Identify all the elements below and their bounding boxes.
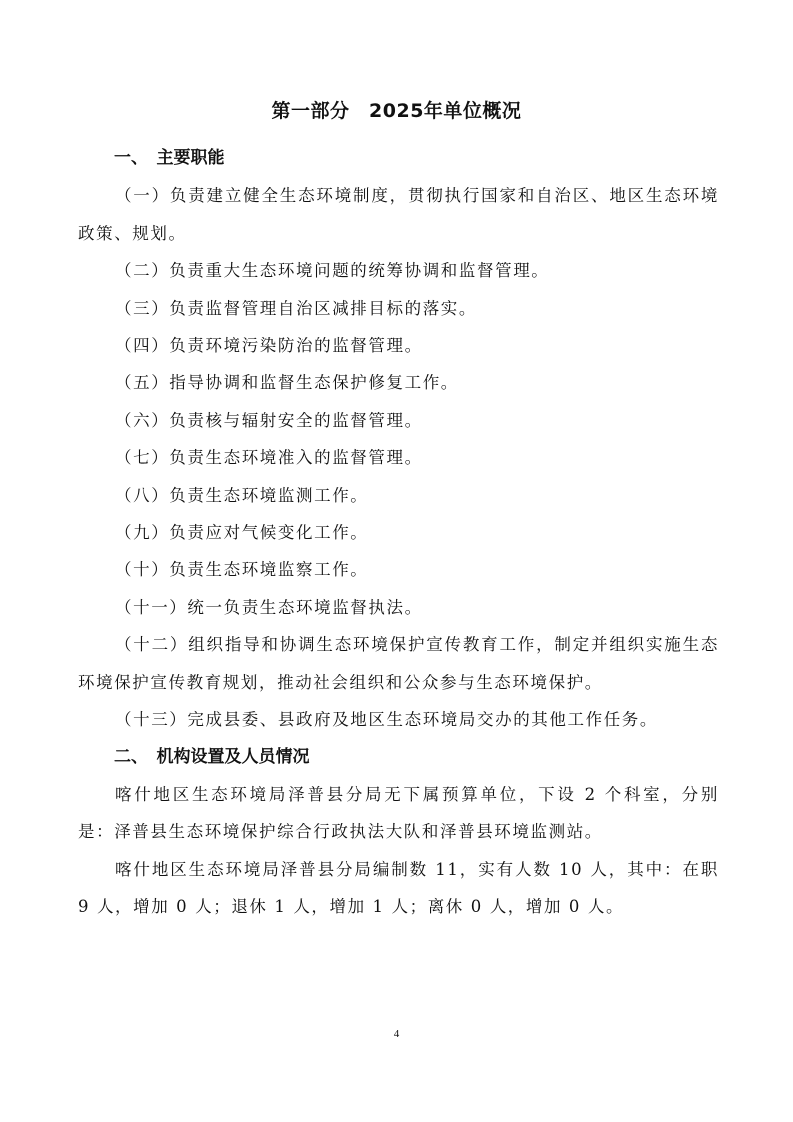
document-page: 第一部分 2025年单位概况 一、 主要职能 （一）负责建立健全生态环境制度，贯… [0,0,793,1122]
function-item: （一）负责建立健全生态环境制度，贯彻执行国家和自治区、地区生态环境政策、规划。 [78,177,719,252]
function-item: （九）负责应对气候变化工作。 [78,514,719,551]
function-item: （十）负责生态环境监察工作。 [78,551,719,588]
section-heading-functions: 一、 主要职能 [78,140,719,177]
function-item: （十三）完成县委、县政府及地区生态环境局交办的其他工作任务。 [78,701,719,738]
function-item: （十一）统一负责生态环境监督执法。 [78,589,719,626]
section-heading-organization: 二、 机构设置及人员情况 [78,739,719,776]
page-number: 4 [0,1028,793,1040]
function-item: （七）负责生态环境准入的监督管理。 [78,439,719,476]
function-item: （五）指导协调和监督生态保护修复工作。 [78,364,719,401]
organization-paragraph: 喀什地区生态环境局泽普县分局无下属预算单位，下设 2 个科室，分别是：泽普县生态… [78,776,719,851]
document-body: 一、 主要职能 （一）负责建立健全生态环境制度，贯彻执行国家和自治区、地区生态环… [78,140,719,926]
function-item: （八）负责生态环境监测工作。 [78,477,719,514]
function-item: （六）负责核与辐射安全的监督管理。 [78,402,719,439]
function-item: （二）负责重大生态环境问题的统筹协调和监督管理。 [78,252,719,289]
function-item: （十二）组织指导和协调生态环境保护宣传教育工作，制定并组织实施生态环境保护宣传教… [78,626,719,701]
function-item: （四）负责环境污染防治的监督管理。 [78,327,719,364]
staffing-paragraph: 喀什地区生态环境局泽普县分局编制数 11，实有人数 10 人，其中：在职 9 人… [78,851,719,926]
page-title: 第一部分 2025年单位概况 [0,96,793,123]
function-item: （三）负责监督管理自治区减排目标的落实。 [78,290,719,327]
